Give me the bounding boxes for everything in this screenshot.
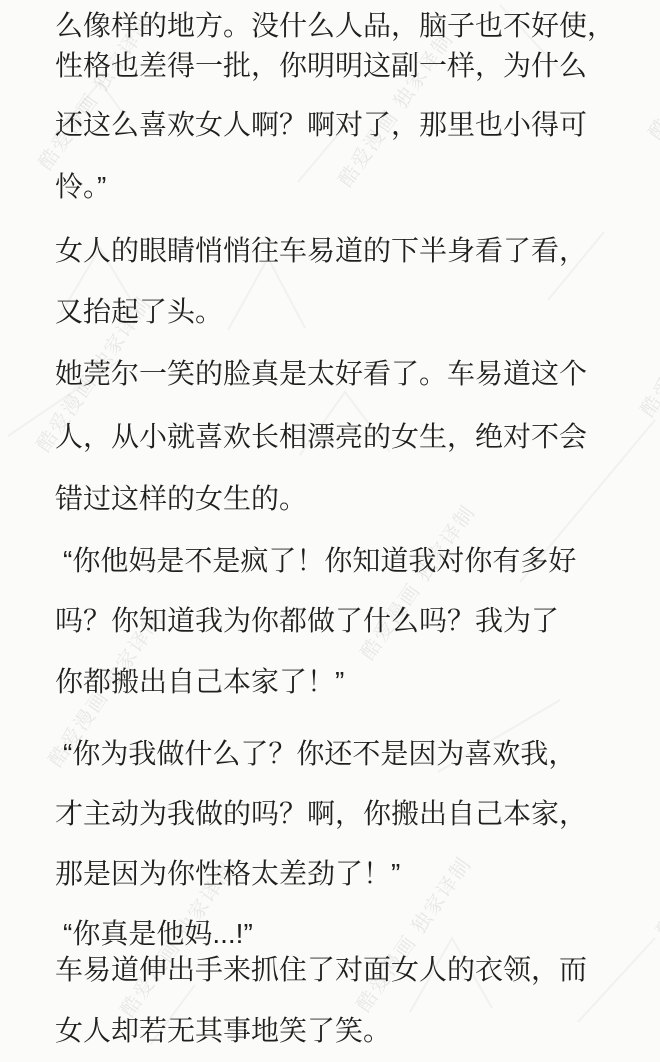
text-line: 吗？你知道我为你都做了什么吗？我为了 — [55, 604, 635, 638]
text-line: 怜。” — [55, 170, 635, 204]
text-line: 那是因为你性格太差劲了！” — [55, 857, 635, 891]
text-line: 错过这样的女生的。 — [55, 482, 635, 516]
text-line: 她莞尔一笑的脸真是太好看了。车易道这个 — [55, 357, 635, 391]
novel-text-page: 酷爱漫画 独家译制 酷爱漫画 独家译制 酷爱漫画 独家译制 酷爱漫画 独家译制 … — [0, 0, 660, 1062]
text-line: 女人却若无其事地笑了笑。 — [55, 1014, 635, 1048]
text-line-quote: “你他妈是不是疯了！你知道我对你有多好 — [55, 544, 643, 578]
text-line: 又抬起了头。 — [55, 295, 635, 329]
text-line-quote: “你真是他妈...!” — [55, 917, 643, 951]
text-line: 车易道伸出手来抓住了对面女人的衣领，而 — [55, 953, 635, 987]
text-line: 性格也差得一批，你明明这副一样，为什么 — [55, 49, 635, 83]
text-line: 么像样的地方。没什么人品，脑子也不好使， — [55, 9, 635, 43]
text-line: 你都搬出自己本家了！” — [55, 665, 635, 699]
text-line: 人，从小就喜欢长相漂亮的女生，绝对不会 — [55, 420, 635, 454]
text-line-quote: “你为我做什么了？你还不是因为喜欢我， — [55, 737, 643, 771]
text-line: 才主动为我做的吗？啊，你搬出自己本家， — [55, 797, 635, 831]
text-line: 还这么喜欢女人啊？啊对了，那里也小得可 — [55, 108, 635, 142]
text-line: 女人的眼睛悄悄往车易道的下半身看了看， — [55, 234, 635, 268]
watermark-stroke-pattern — [0, 0, 660, 1062]
